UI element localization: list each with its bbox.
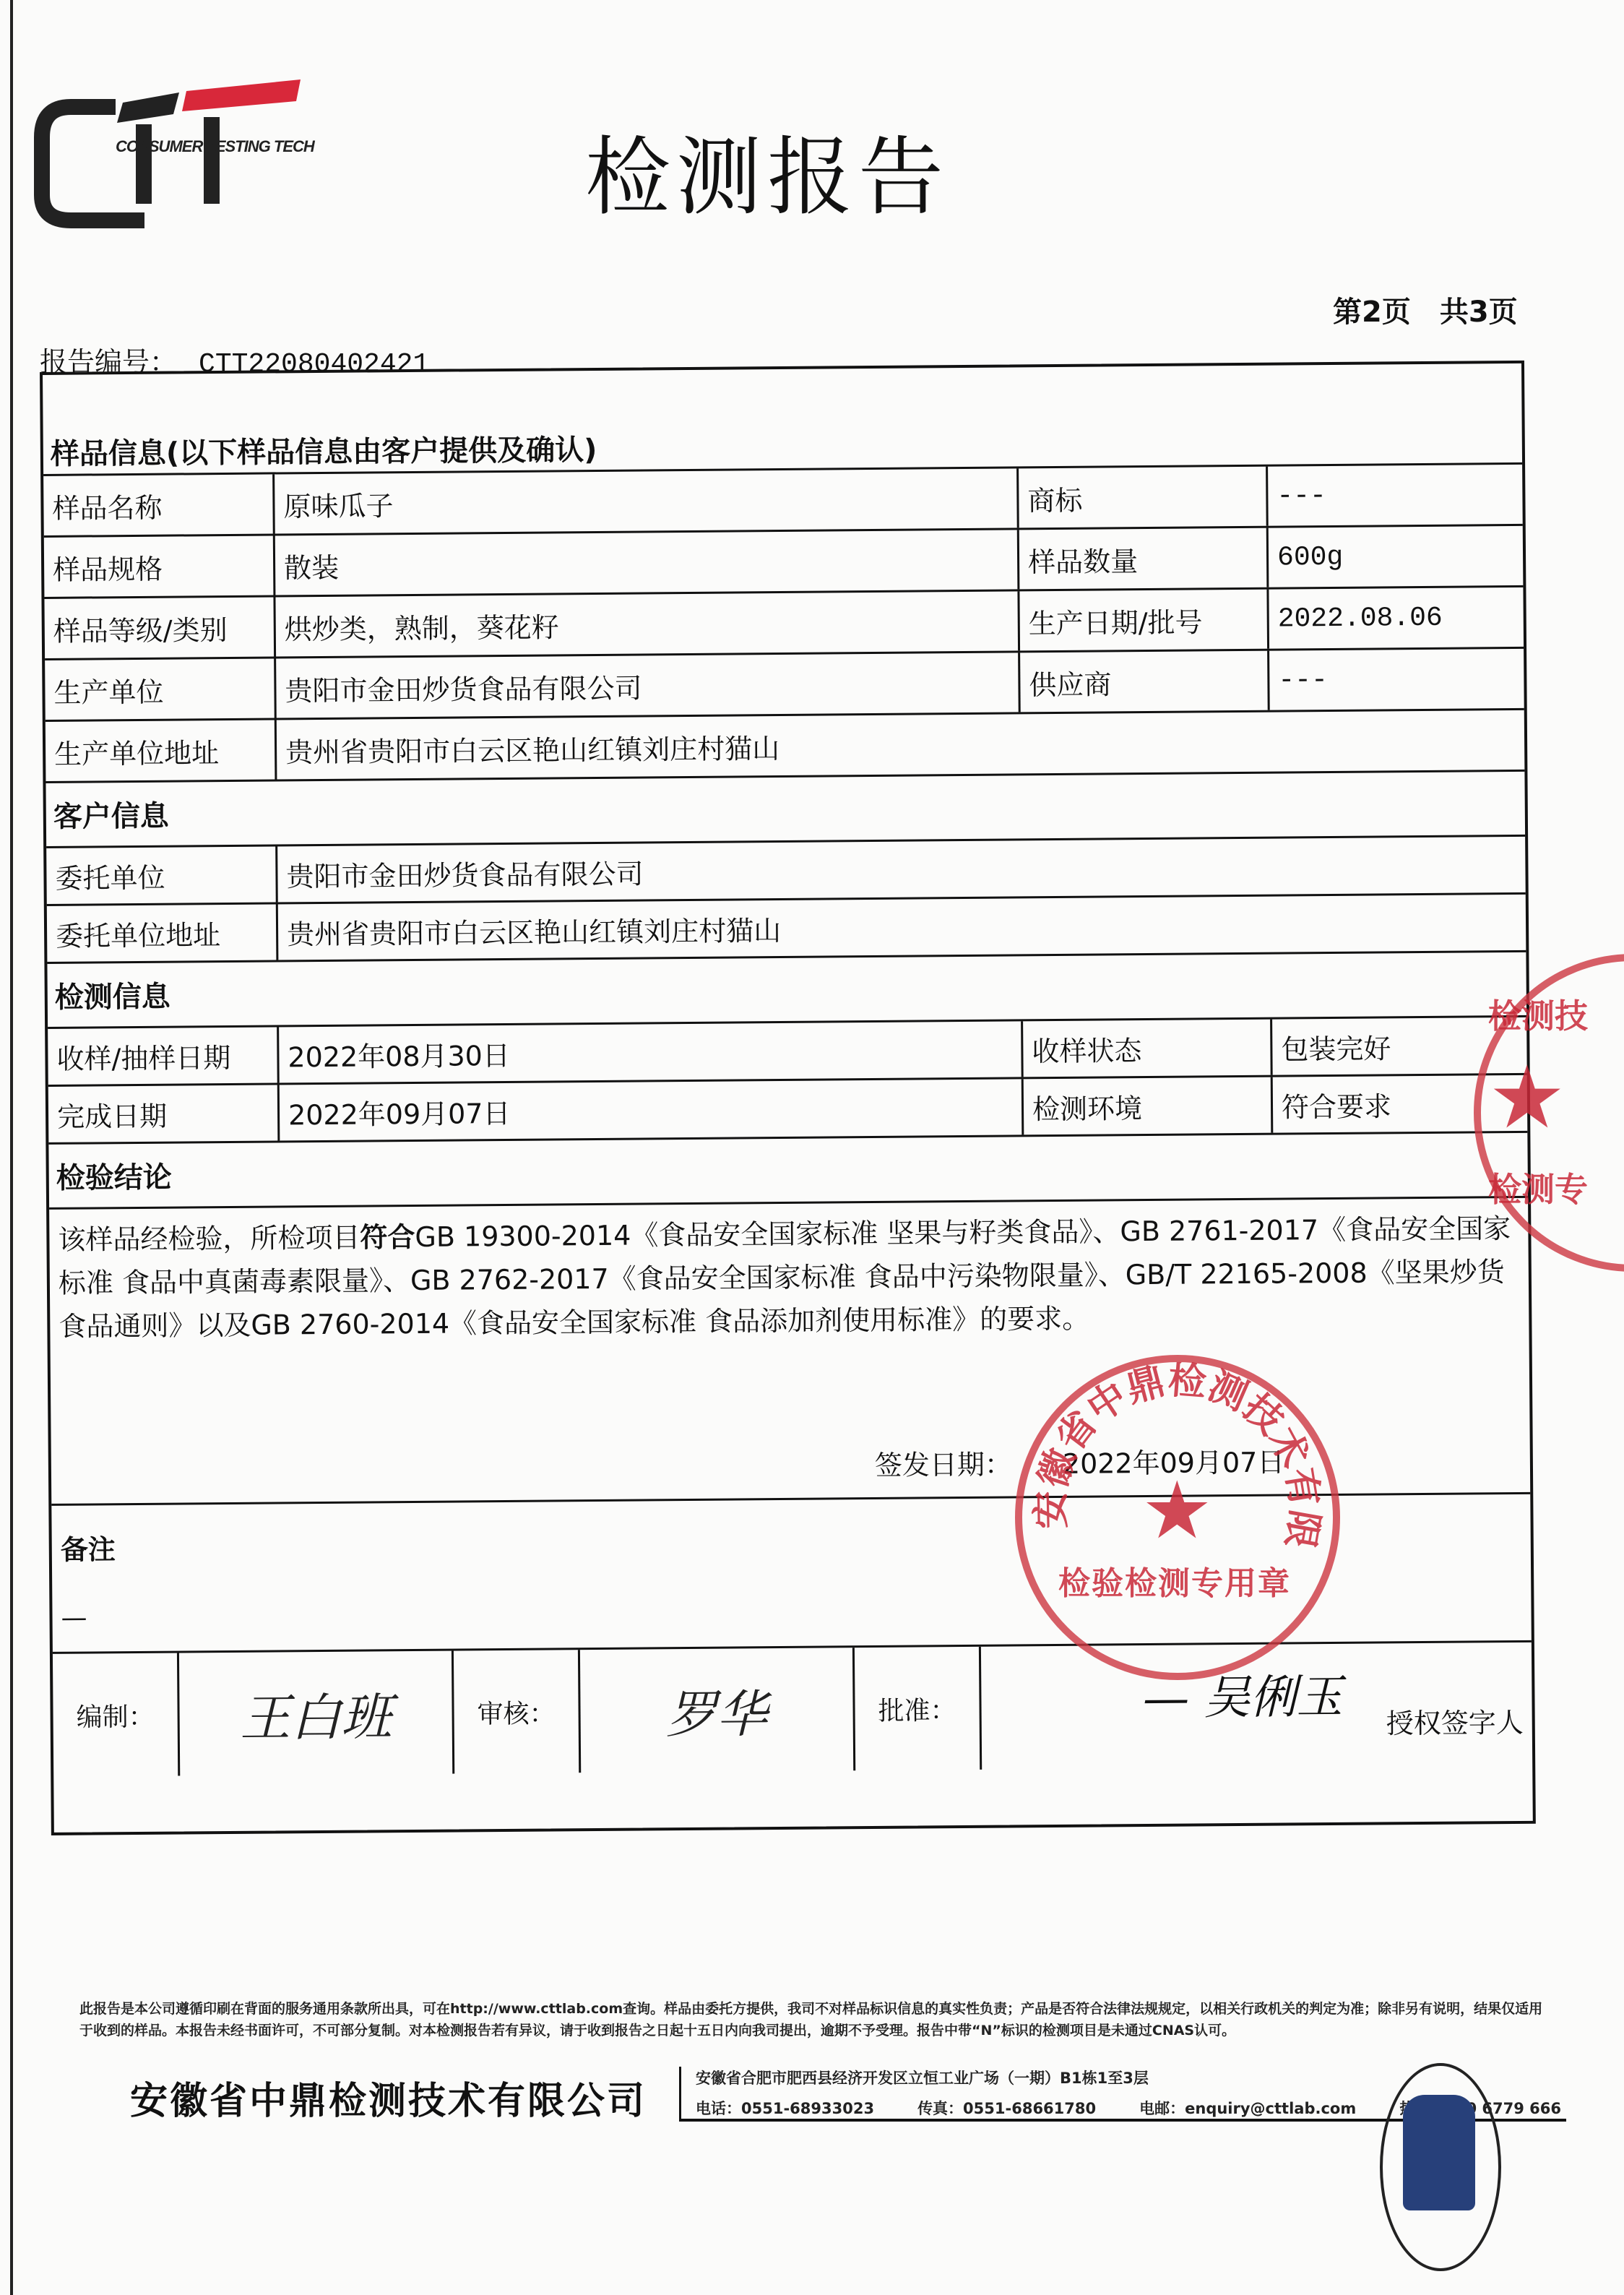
client-info-header: 客户信息 <box>46 772 1525 848</box>
footer-email: 电邮：enquiry@cttlab.com <box>1139 2097 1356 2119</box>
sample-quantity-label: 样品数量 <box>1019 528 1269 590</box>
approved-label: 批准： <box>855 1647 982 1770</box>
issue-date-value: 2022年09月07日 <box>1063 1447 1285 1480</box>
supplier-label: 供应商 <box>1020 651 1270 712</box>
table-row: 样品等级/类别 烘炒类，熟制，葵花籽 生产日期/批号 2022.08.06 <box>44 587 1524 660</box>
test-info-heading: 检测信息 <box>47 963 170 1027</box>
issue-date: 签发日期：2022年09月07日 <box>875 1440 1285 1483</box>
footer-disclaimer: 此报告是本公司遵循印刷在背面的服务通用条款所出具，可在http://www.ct… <box>79 1998 1553 2041</box>
conclusion-heading: 检验结论 <box>48 1144 172 1207</box>
sample-grade-value: 烘炒类，熟制，葵花籽 <box>275 591 1020 656</box>
client-address-value: 贵州省贵阳市白云区艳山红镇刘庄村猫山 <box>278 895 1526 960</box>
signature-row: 编制： 王白班 审核： 罗华 批准： — 吴俐玉 授权签字人 <box>53 1642 1532 1777</box>
manufacturer-value: 贵阳市金田炒货食品有限公司 <box>276 653 1021 718</box>
trademark-value: --- <box>1268 465 1523 526</box>
logo-subtitle: CONSUMER TESTING TECH <box>116 137 314 156</box>
page-total: 共3页 <box>1440 296 1518 329</box>
manufacturer-label: 生产单位 <box>45 658 277 720</box>
page-number: 第2页共3页 <box>1333 289 1547 330</box>
remarks-row: 备注 — <box>51 1494 1532 1654</box>
receipt-date-value: 2022年08月30日 <box>279 1021 1024 1082</box>
conclusion-text: 该样品经检验，所检项目符合GB 19300-2014《食品安全国家标准 坚果与籽… <box>49 1198 1529 1348</box>
client-info-heading: 客户信息 <box>46 783 169 846</box>
completion-date-label: 完成日期 <box>48 1085 280 1142</box>
sample-name-value: 原味瓜子 <box>275 468 1019 533</box>
manufacturer-address-label: 生产单位地址 <box>46 720 277 781</box>
conclusion-prefix: 该样品经检验，所检项目 <box>58 1222 360 1256</box>
footer-fax: 传真：0551-68661780 <box>917 2097 1096 2119</box>
table-row: 样品名称 原味瓜子 商标 --- <box>43 465 1523 538</box>
client-value: 贵阳市金田炒货食品有限公司 <box>277 837 1526 903</box>
receipt-status-label: 收样状态 <box>1023 1020 1273 1077</box>
supplier-value: --- <box>1269 649 1524 710</box>
client-label: 委托单位 <box>46 846 278 904</box>
reviewed-label: 审核： <box>454 1650 581 1773</box>
issue-date-label: 签发日期： <box>875 1448 1012 1481</box>
cnas-badge-icon <box>1380 2063 1501 2271</box>
compiled-signature: 王白班 <box>179 1651 454 1776</box>
remarks-heading: 备注 <box>61 1516 1522 1567</box>
conclusion-body: 该样品经检验，所检项目符合GB 19300-2014《食品安全国家标准 坚果与籽… <box>49 1198 1530 1506</box>
report-title: 检测报告 <box>585 108 949 231</box>
page-current: 第2页 <box>1333 296 1411 329</box>
sample-info-heading: 样品信息(以下样品信息由客户提供及确认) <box>43 371 597 474</box>
test-info-header: 检测信息 <box>47 952 1526 1029</box>
approved-signature: — 吴俐玉 <box>1143 1659 1343 1727</box>
sample-info-header: 样品信息(以下样品信息由客户提供及确认) <box>43 363 1522 476</box>
conclusion-verdict: 符合 <box>360 1221 415 1254</box>
sample-name-label: 样品名称 <box>43 474 275 535</box>
test-environment-label: 检测环境 <box>1024 1077 1274 1135</box>
compiled-label: 编制： <box>53 1653 180 1777</box>
client-address-label: 委托单位地址 <box>47 904 279 962</box>
remarks-value: — <box>61 1592 1522 1633</box>
sample-quantity-value: 600g <box>1269 526 1524 587</box>
table-row: 样品规格 散装 样品数量 600g <box>44 526 1524 599</box>
production-date-label: 生产日期/批号 <box>1019 590 1269 651</box>
sample-grade-label: 样品等级/类别 <box>44 597 276 658</box>
page-edge <box>10 0 13 2295</box>
footer-phone: 电话：0551-68933023 <box>696 2097 874 2119</box>
receipt-status-value: 包装完好 <box>1272 1017 1527 1075</box>
sample-spec-label: 样品规格 <box>44 535 276 597</box>
reviewed-signature: 罗华 <box>580 1648 855 1773</box>
conclusion-header: 检验结论 <box>48 1133 1528 1210</box>
authorized-signatory-label: 授权签字人 <box>1386 1700 1523 1741</box>
table-row: 生产单位地址 贵州省贵阳市白云区艳山红镇刘庄村猫山 <box>46 710 1525 783</box>
trademark-label: 商标 <box>1019 467 1269 528</box>
manufacturer-address-value: 贵州省贵阳市白云区艳山红镇刘庄村猫山 <box>277 710 1525 780</box>
table-row: 生产单位 贵阳市金田炒货食品有限公司 供应商 --- <box>45 649 1524 722</box>
sample-spec-value: 散装 <box>275 530 1020 595</box>
report-table: 样品信息(以下样品信息由客户提供及确认) 样品名称 原味瓜子 商标 --- 样品… <box>40 361 1536 1835</box>
completion-date-value: 2022年09月07日 <box>280 1079 1024 1140</box>
test-environment-value: 符合要求 <box>1273 1075 1528 1133</box>
production-date-value: 2022.08.06 <box>1269 587 1524 649</box>
receipt-date-label: 收样/抽样日期 <box>48 1027 280 1085</box>
approved-cell: — 吴俐玉 授权签字人 <box>981 1642 1532 1770</box>
footer-company-name: 安徽省中鼎检测技术有限公司 <box>130 2070 647 2124</box>
